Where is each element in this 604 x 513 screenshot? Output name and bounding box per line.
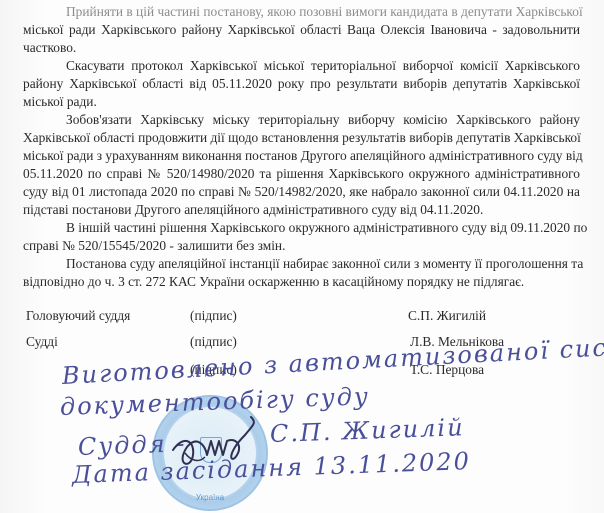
text-line: Зобов'язати Харківську міську територіал… <box>66 111 580 128</box>
handwritten-signature-icon <box>165 415 275 485</box>
text-line: міської ради Харківського району Харківс… <box>23 21 580 38</box>
signer-role: Судді <box>26 333 58 350</box>
handwritten-line: Виготовлено з автоматизованої системи <box>61 329 604 390</box>
text-line: міської ради з урахуванням виконання пос… <box>23 147 580 164</box>
signer-role: Головуючий суддя <box>26 307 130 324</box>
text-line: Харківської області продовжити дії щодо … <box>23 129 580 146</box>
text-line: частково. <box>23 39 580 56</box>
handwritten-judge-name: С.П. Жигилій <box>270 413 465 448</box>
text-line: підставі постанови Другого апеляційного … <box>23 201 580 218</box>
text-line: 05.11.2020 по справі № 520/14980/2020 та… <box>23 165 580 182</box>
text-line: Постанова суду апеляційної інстанції наб… <box>66 255 580 272</box>
text-line: Скасувати протокол Харківської міської т… <box>66 57 580 74</box>
text-line: міської ради. <box>23 93 580 110</box>
text-line: Прийняти в цій частині постанову, якою п… <box>66 3 580 20</box>
text-line: суду від 01 листопада 2020 по справі № 5… <box>23 183 580 200</box>
text-line: В іншій частині рішення Харківського окр… <box>66 219 580 236</box>
text-line: району Харківської області від 05.11.202… <box>23 75 580 92</box>
text-line: справі № 520/15545/2020 - залишити без з… <box>23 237 580 254</box>
signature-mark: (підпис) <box>190 307 237 324</box>
text-line: відповідно до ч. 3 ст. 272 КАС України о… <box>23 273 580 290</box>
signer-name: С.П. Жигилій <box>408 307 486 324</box>
stamp-country: Україна <box>154 493 266 502</box>
signature-mark: (підпис) <box>190 333 237 350</box>
